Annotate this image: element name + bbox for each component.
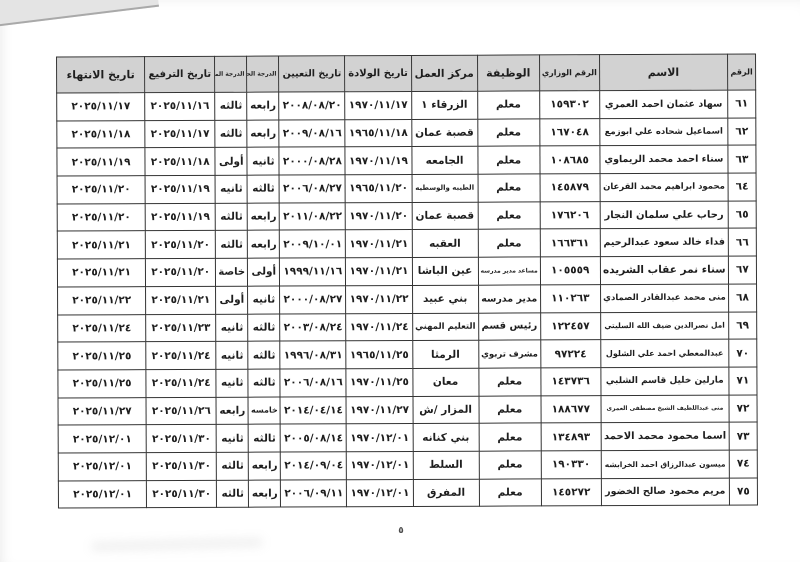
cell-tarfi: ٢٠٢٥/١١/٢٤ — [146, 342, 216, 370]
cell-tarfi: ٢٠٢٥/١١/١٩ — [145, 175, 215, 203]
cell-wizari: ١٣٤٨٩٣ — [541, 423, 601, 451]
cell-tarfi: ٢٠٢٥/١١/١٨ — [145, 148, 215, 176]
cell-wazifa: معلم — [478, 229, 540, 257]
cell-ism: امل نصرالدين ضيف الله السليتي — [600, 312, 728, 340]
column-header-raqm: الرقم — [727, 54, 755, 90]
cell-wizari: ١٤٥٨٧٩ — [540, 174, 600, 202]
cell-tarfi: ٢٠٢٥/١١/٢٦ — [146, 397, 216, 425]
cell-wilada: ١٩٧٠/١٢/٠١ — [347, 451, 413, 479]
table-row: ٧٢منى عبداللطيف الشيخ مصطفى العمرى١٨٨٦٧٧… — [58, 395, 757, 426]
cell-wazifa: معلم — [478, 202, 540, 230]
cell-halia: خامسه — [248, 397, 280, 425]
cell-wilada: ١٩٦٥/١١/٢٥ — [346, 341, 412, 369]
cell-halia: رابعه — [247, 120, 279, 148]
cell-ism: منى عبداللطيف الشيخ مصطفى العمرى — [601, 395, 729, 423]
cell-intiha: ٢٠٢٥/١١/٢١ — [57, 259, 145, 287]
cell-ism: ميسون عبدالرزاق احمد الخرابشه — [601, 450, 729, 478]
cell-tayin: ٢٠٠٦/٠٨/١٦ — [280, 369, 346, 397]
cell-markaz: الزرقاء ١ — [411, 91, 477, 119]
cell-wizari: ١٨٨٦٧٧ — [541, 395, 601, 423]
cell-wizari: ١٠٥٥٥٩ — [540, 257, 600, 285]
cell-mustahaqqa: ثالثه — [215, 203, 247, 231]
scan-smudge-artifact — [92, 539, 262, 550]
cell-raqm: ٦٤ — [728, 173, 756, 201]
cell-intiha: ٢٠٢٥/١٢/٠١ — [58, 453, 146, 481]
cell-tayin: ١٩٩٩/١١/١٦ — [280, 258, 346, 286]
cell-intiha: ٢٠٢٥/١١/٢١ — [57, 231, 145, 259]
cell-halia: أولى — [248, 258, 280, 286]
cell-raqm: ٦٣ — [728, 145, 756, 173]
cell-halia: رابعه — [247, 203, 279, 231]
cell-halia: ثالثه — [247, 175, 279, 203]
column-header-mustahaqqa: الدرجة المستحقة — [215, 56, 247, 92]
table-row: ٦٤محمود ابراهيم محمد القرعان١٤٥٨٧٩معلمال… — [57, 173, 756, 204]
cell-ism: فداء خالد سعود عبدالرحيم — [600, 229, 728, 257]
cell-halia: ثانيه — [247, 147, 279, 175]
cell-wazifa: معلم — [477, 119, 539, 147]
cell-raqm: ٧١ — [729, 367, 757, 395]
cell-ism: رحاب علي سلمان النجار — [600, 201, 728, 229]
cell-tayin: ٢٠٠٩/١٠/٠١ — [280, 230, 346, 258]
cell-markaz: قصبة عمان — [411, 119, 477, 147]
table-row: ٧١مارلين خليل قاسم الشلبي١٤٣٧٣٦معلممعان١… — [58, 367, 757, 398]
table-row: ٧٣اسما محمود محمد الاحمد١٣٤٨٩٣معلمبني كن… — [58, 422, 757, 453]
cell-raqm: ٦٦ — [728, 228, 756, 256]
cell-raqm: ٧٢ — [729, 395, 757, 423]
column-header-intiha: تاريخ الانتهاء — [57, 57, 145, 93]
column-header-halia: الدرجة الحالية — [247, 56, 279, 92]
cell-halia: ثالثه — [248, 314, 280, 342]
table-body: ٦١سهاد عثمان احمد العمري١٥٩٣٠٢معلمالزرقا… — [57, 90, 758, 508]
cell-tayin: ٢٠٠٦/٠٨/٢٧ — [279, 175, 345, 203]
cell-markaz: العقبه — [412, 230, 478, 258]
cell-markaz: السلط — [413, 451, 479, 479]
cell-intiha: ٢٠٢٥/١٢/٠١ — [58, 480, 146, 508]
cell-halia: ثالثه — [248, 341, 280, 369]
column-header-markaz: مركز العمل — [411, 55, 477, 91]
cell-tarfi: ٢٠٢٥/١١/١٩ — [145, 203, 215, 231]
cell-wazifa: معلم — [478, 174, 540, 202]
cell-mustahaqqa: أولى — [215, 148, 247, 176]
cell-raqm: ٦٢ — [728, 118, 756, 146]
cell-wilada: ١٩٦٥/١١/٢٠ — [345, 175, 411, 203]
cell-intiha: ٢٠٢٥/١١/١٧ — [57, 93, 145, 121]
table-row: ٦٨منى محمد عبدالقادر الصمادي١١٠٢٦٣مدير م… — [58, 284, 757, 315]
cell-ism: عبدالمعطي احمد علي الشلول — [601, 339, 729, 367]
cell-wazifa: رئيس قسم — [478, 312, 540, 340]
table-row: ٧٠عبدالمعطي احمد علي الشلول٩٧٢٢٤مشرف ترب… — [58, 339, 757, 370]
cell-tayin: ٢٠٠٨/٠٨/٢٠ — [279, 92, 345, 120]
cell-markaz: التعليم المهني — [412, 313, 478, 341]
cell-markaz: المفرق — [413, 479, 479, 507]
cell-mustahaqqa: ثانيه — [216, 341, 248, 369]
cell-tayin: ٢٠١٤/٠٩/٠٤ — [281, 452, 347, 480]
table-row: ٦٥رحاب علي سلمان النجار١٧٦٢٠٦معلمقصبة عم… — [57, 201, 756, 232]
cell-wilada: ١٩٧٠/١١/٢٠ — [346, 202, 412, 230]
cell-ism: سهاد عثمان احمد العمري — [599, 90, 727, 118]
cell-tarfi: ٢٠٢٥/١١/١٧ — [145, 120, 215, 148]
cell-mustahaqqa: خاصة — [216, 258, 248, 286]
cell-wizari: ١١٠٢٦٣ — [540, 284, 600, 312]
table-row: ٦٦فداء خالد سعود عبدالرحيم١٦٦٣٦١معلمالعق… — [57, 228, 756, 259]
cell-raqm: ٧٣ — [729, 422, 757, 450]
cell-intiha: ٢٠٢٥/١١/٢٤ — [58, 314, 146, 342]
cell-tarfi: ٢٠٢٥/١١/٣٠ — [146, 425, 216, 453]
cell-wizari: ١٦٦٣٦١ — [540, 229, 600, 257]
cell-mustahaqqa: ثالثه — [217, 480, 249, 508]
cell-raqm: ٦٩ — [729, 311, 757, 339]
column-header-wizari: الرقم الوزاري — [539, 55, 599, 91]
cell-tarfi: ٢٠٢٥/١١/٢٣ — [146, 314, 216, 342]
cell-wilada: ١٩٧٠/١١/١٧ — [345, 91, 411, 119]
cell-wazifa: معلم — [479, 479, 541, 507]
cell-tayin: ١٩٩٦/٠٨/٣١ — [280, 341, 346, 369]
cell-markaz: بني عبيد — [412, 285, 478, 313]
header-row: الرقمالاسمالرقم الوزاريالوظيفةمركز العمل… — [57, 54, 756, 93]
cell-intiha: ٢٠٢٥/١١/٢٠ — [57, 203, 145, 231]
cell-tayin: ٢٠٠٥/٠٨/١٤ — [280, 424, 346, 452]
column-header-wazifa: الوظيفة — [477, 55, 539, 91]
cell-halia: رابعه — [248, 230, 280, 258]
cell-markaz: الرمثا — [412, 340, 478, 368]
table-row: ٦٢اسماعيل شحاده علي ابوزمع١٦٧٠٤٨معلمقصبة… — [57, 118, 756, 149]
cell-wizari: ١٤٣٧٣٦ — [541, 368, 601, 396]
column-header-wilada: تاريخ الولادة — [345, 55, 411, 91]
cell-halia: ثالثه — [248, 424, 280, 452]
cell-tayin: ٢٠٠٠/٠٨/٢٧ — [280, 286, 346, 314]
cell-intiha: ٢٠٢٥/١١/٢٢ — [58, 286, 146, 314]
table-row: ٧٥مريم محمود صالح الخضور١٤٥٢٧٢معلمالمفرق… — [58, 478, 757, 509]
cell-raqm: ٦٨ — [728, 284, 756, 312]
cell-ism: اسما محمود محمد الاحمد — [601, 422, 729, 450]
cell-wilada: ١٩٧٠/١٢/٠١ — [347, 479, 413, 507]
cell-markaz: الجامعه — [411, 147, 477, 175]
cell-wizari: ١٥٩٣٠٢ — [539, 91, 599, 119]
cell-ism: مريم محمود صالح الخضور — [601, 478, 729, 506]
scanned-document-page: الرقمالاسمالرقم الوزاريالوظيفةمركز العمل… — [0, 0, 800, 562]
cell-tarfi: ٢٠٢٥/١١/٢٤ — [146, 369, 216, 397]
cell-wazifa: مشرف تربوي — [478, 340, 540, 368]
cell-mustahaqqa: ثانيه — [216, 314, 248, 342]
cell-mustahaqqa: رابعه — [216, 397, 248, 425]
cell-wilada: ١٩٧٠/١١/٢١ — [346, 258, 412, 286]
cell-markaz: المزار /ش — [413, 396, 479, 424]
cell-halia: رابعه — [249, 452, 281, 480]
cell-tayin: ٢٠٠٦/٠٩/١١ — [281, 479, 347, 507]
cell-wilada: ١٩٧٠/١١/٢٧ — [346, 396, 412, 424]
cell-tayin: ٢٠١٤/٠٤/١٤ — [280, 396, 346, 424]
cell-wizari: ٩٧٢٢٤ — [540, 340, 600, 368]
cell-ism: مارلين خليل قاسم الشلبي — [601, 367, 729, 395]
cell-mustahaqqa: ثانيه — [215, 175, 247, 203]
column-header-tayin: تاريخ التعيين — [279, 56, 345, 92]
cell-wazifa: معلم — [479, 451, 541, 479]
cell-wizari: ١٤٥٢٧٢ — [541, 478, 601, 506]
cell-markaz: الطيبه والوسطيه — [412, 174, 478, 202]
cell-mustahaqqa: ثالثه — [217, 452, 249, 480]
cell-tayin: ٢٠١١/٠٨/٢٢ — [280, 203, 346, 231]
cell-raqm: ٧٤ — [729, 450, 757, 478]
table-row: ٦٧سناء نمر عقاب الشريده١٠٥٥٥٩مساعد مدير … — [57, 256, 756, 287]
cell-wizari: ١٩٠٣٣٠ — [541, 451, 601, 479]
cell-ism: سناء نمر عقاب الشريده — [600, 256, 728, 284]
cell-intiha: ٢٠٢٥/١١/٢٧ — [58, 397, 146, 425]
cell-intiha: ٢٠٢٥/١١/١٩ — [57, 148, 145, 176]
cell-tayin: ٢٠٠٠/٠٨/٢٨ — [279, 147, 345, 175]
cell-halia: رابعه — [247, 92, 279, 120]
cell-wilada: ١٩٧٠/١١/٢١ — [346, 230, 412, 258]
cell-wilada: ١٩٧٠/١١/٢٥ — [346, 368, 412, 396]
cell-tarfi: ٢٠٢٥/١١/٢٠ — [146, 258, 216, 286]
cell-wazifa: مساعد مدير مدرسه — [478, 257, 540, 285]
cell-wilada: ١٩٧٠/١١/٢٢ — [346, 285, 412, 313]
page-number: ٥ — [394, 526, 408, 536]
cell-tarfi: ٢٠٢٥/١١/٢٠ — [145, 231, 215, 259]
cell-tayin: ٢٠٠٣/٠٨/٢٤ — [280, 313, 346, 341]
cell-mustahaqqa: ثانيه — [216, 369, 248, 397]
cell-raqm: ٧٠ — [729, 339, 757, 367]
cell-intiha: ٢٠٢٥/١٢/٠١ — [58, 425, 146, 453]
scan-corner-artifact — [0, 0, 159, 29]
cell-wazifa: معلم — [479, 423, 541, 451]
cell-wazifa: معلم — [479, 395, 541, 423]
cell-mustahaqqa: أولى — [216, 286, 248, 314]
cell-wazifa: معلم — [477, 91, 539, 119]
cell-tarfi: ٢٠٢٥/١١/١٦ — [145, 92, 215, 120]
cell-mustahaqqa: ثانيه — [216, 424, 248, 452]
cell-markaz: عين الباشا — [412, 257, 478, 285]
cell-intiha: ٢٠٢٥/١١/٢٠ — [57, 176, 145, 204]
cell-wilada: ١٩٧٠/١١/٢٤ — [346, 313, 412, 341]
cell-mustahaqqa: ثالثه — [215, 92, 247, 120]
cell-tayin: ٢٠٠٩/٠٨/١٦ — [279, 119, 345, 147]
cell-wilada: ١٩٧٠/١١/١٩ — [345, 147, 411, 175]
cell-wizari: ١٢٢٤٥٧ — [540, 312, 600, 340]
table-row: ٦٣سناء احمد محمد الريماوي١٠٨٦٨٥معلمالجام… — [57, 145, 756, 176]
cell-ism: منى محمد عبدالقادر الصمادي — [600, 284, 728, 312]
cell-intiha: ٢٠٢٥/١١/٢٥ — [58, 370, 146, 398]
cell-raqm: ٧٥ — [729, 478, 757, 506]
cell-raqm: ٦٥ — [728, 201, 756, 229]
cell-raqm: ٦١ — [728, 90, 756, 118]
column-header-ism: الاسم — [599, 54, 727, 91]
cell-intiha: ٢٠٢٥/١١/١٨ — [57, 120, 145, 148]
cell-intiha: ٢٠٢٥/١١/٢٥ — [58, 342, 146, 370]
cell-wilada: ١٩٧٠/١٢/٠١ — [347, 424, 413, 452]
cell-mustahaqqa: ثالثه — [216, 231, 248, 259]
cell-tarfi: ٢٠٢٥/١١/٢١ — [146, 286, 216, 314]
cell-wazifa: مدير مدرسه — [478, 285, 540, 313]
column-header-tarfi: تاريخ الترفيع — [145, 56, 215, 92]
table-row: ٦٩امل نصرالدين ضيف الله السليتي١٢٢٤٥٧رئي… — [58, 311, 757, 342]
table-row: ٦١سهاد عثمان احمد العمري١٥٩٣٠٢معلمالزرقا… — [57, 90, 756, 121]
cell-ism: سناء احمد محمد الريماوي — [600, 145, 728, 173]
cell-wilada: ١٩٦٥/١١/١٨ — [345, 119, 411, 147]
cell-ism: محمود ابراهيم محمد القرعان — [600, 173, 728, 201]
table-sheet: الرقمالاسمالرقم الوزاريالوظيفةمركز العمل… — [56, 53, 758, 508]
cell-wazifa: معلم — [479, 368, 541, 396]
cell-markaz: معان — [412, 368, 478, 396]
cell-mustahaqqa: ثالثه — [215, 120, 247, 148]
cell-halia: ثانيه — [248, 286, 280, 314]
cell-wizari: ١٧٦٢٠٦ — [540, 201, 600, 229]
cell-halia: رابعه — [249, 480, 281, 508]
cell-markaz: بني كنانه — [413, 423, 479, 451]
cell-halia: ثالثه — [248, 369, 280, 397]
cell-tarfi: ٢٠٢٥/١١/٣٠ — [147, 480, 217, 508]
cell-wazifa: معلم — [478, 146, 540, 174]
cell-wizari: ١٦٧٠٤٨ — [540, 118, 600, 146]
cell-raqm: ٦٧ — [728, 256, 756, 284]
table-row: ٧٤ميسون عبدالرزاق احمد الخرابشه١٩٠٣٣٠معل… — [58, 450, 757, 481]
cell-tarfi: ٢٠٢٥/١١/٣٠ — [146, 452, 216, 480]
promotion-table: الرقمالاسمالرقم الوزاريالوظيفةمركز العمل… — [56, 53, 758, 508]
cell-ism: اسماعيل شحاده علي ابوزمع — [600, 118, 728, 146]
table-header: الرقمالاسمالرقم الوزاريالوظيفةمركز العمل… — [57, 54, 756, 93]
cell-wizari: ١٠٨٦٨٥ — [540, 146, 600, 174]
cell-markaz: قصبة عمان — [412, 202, 478, 230]
